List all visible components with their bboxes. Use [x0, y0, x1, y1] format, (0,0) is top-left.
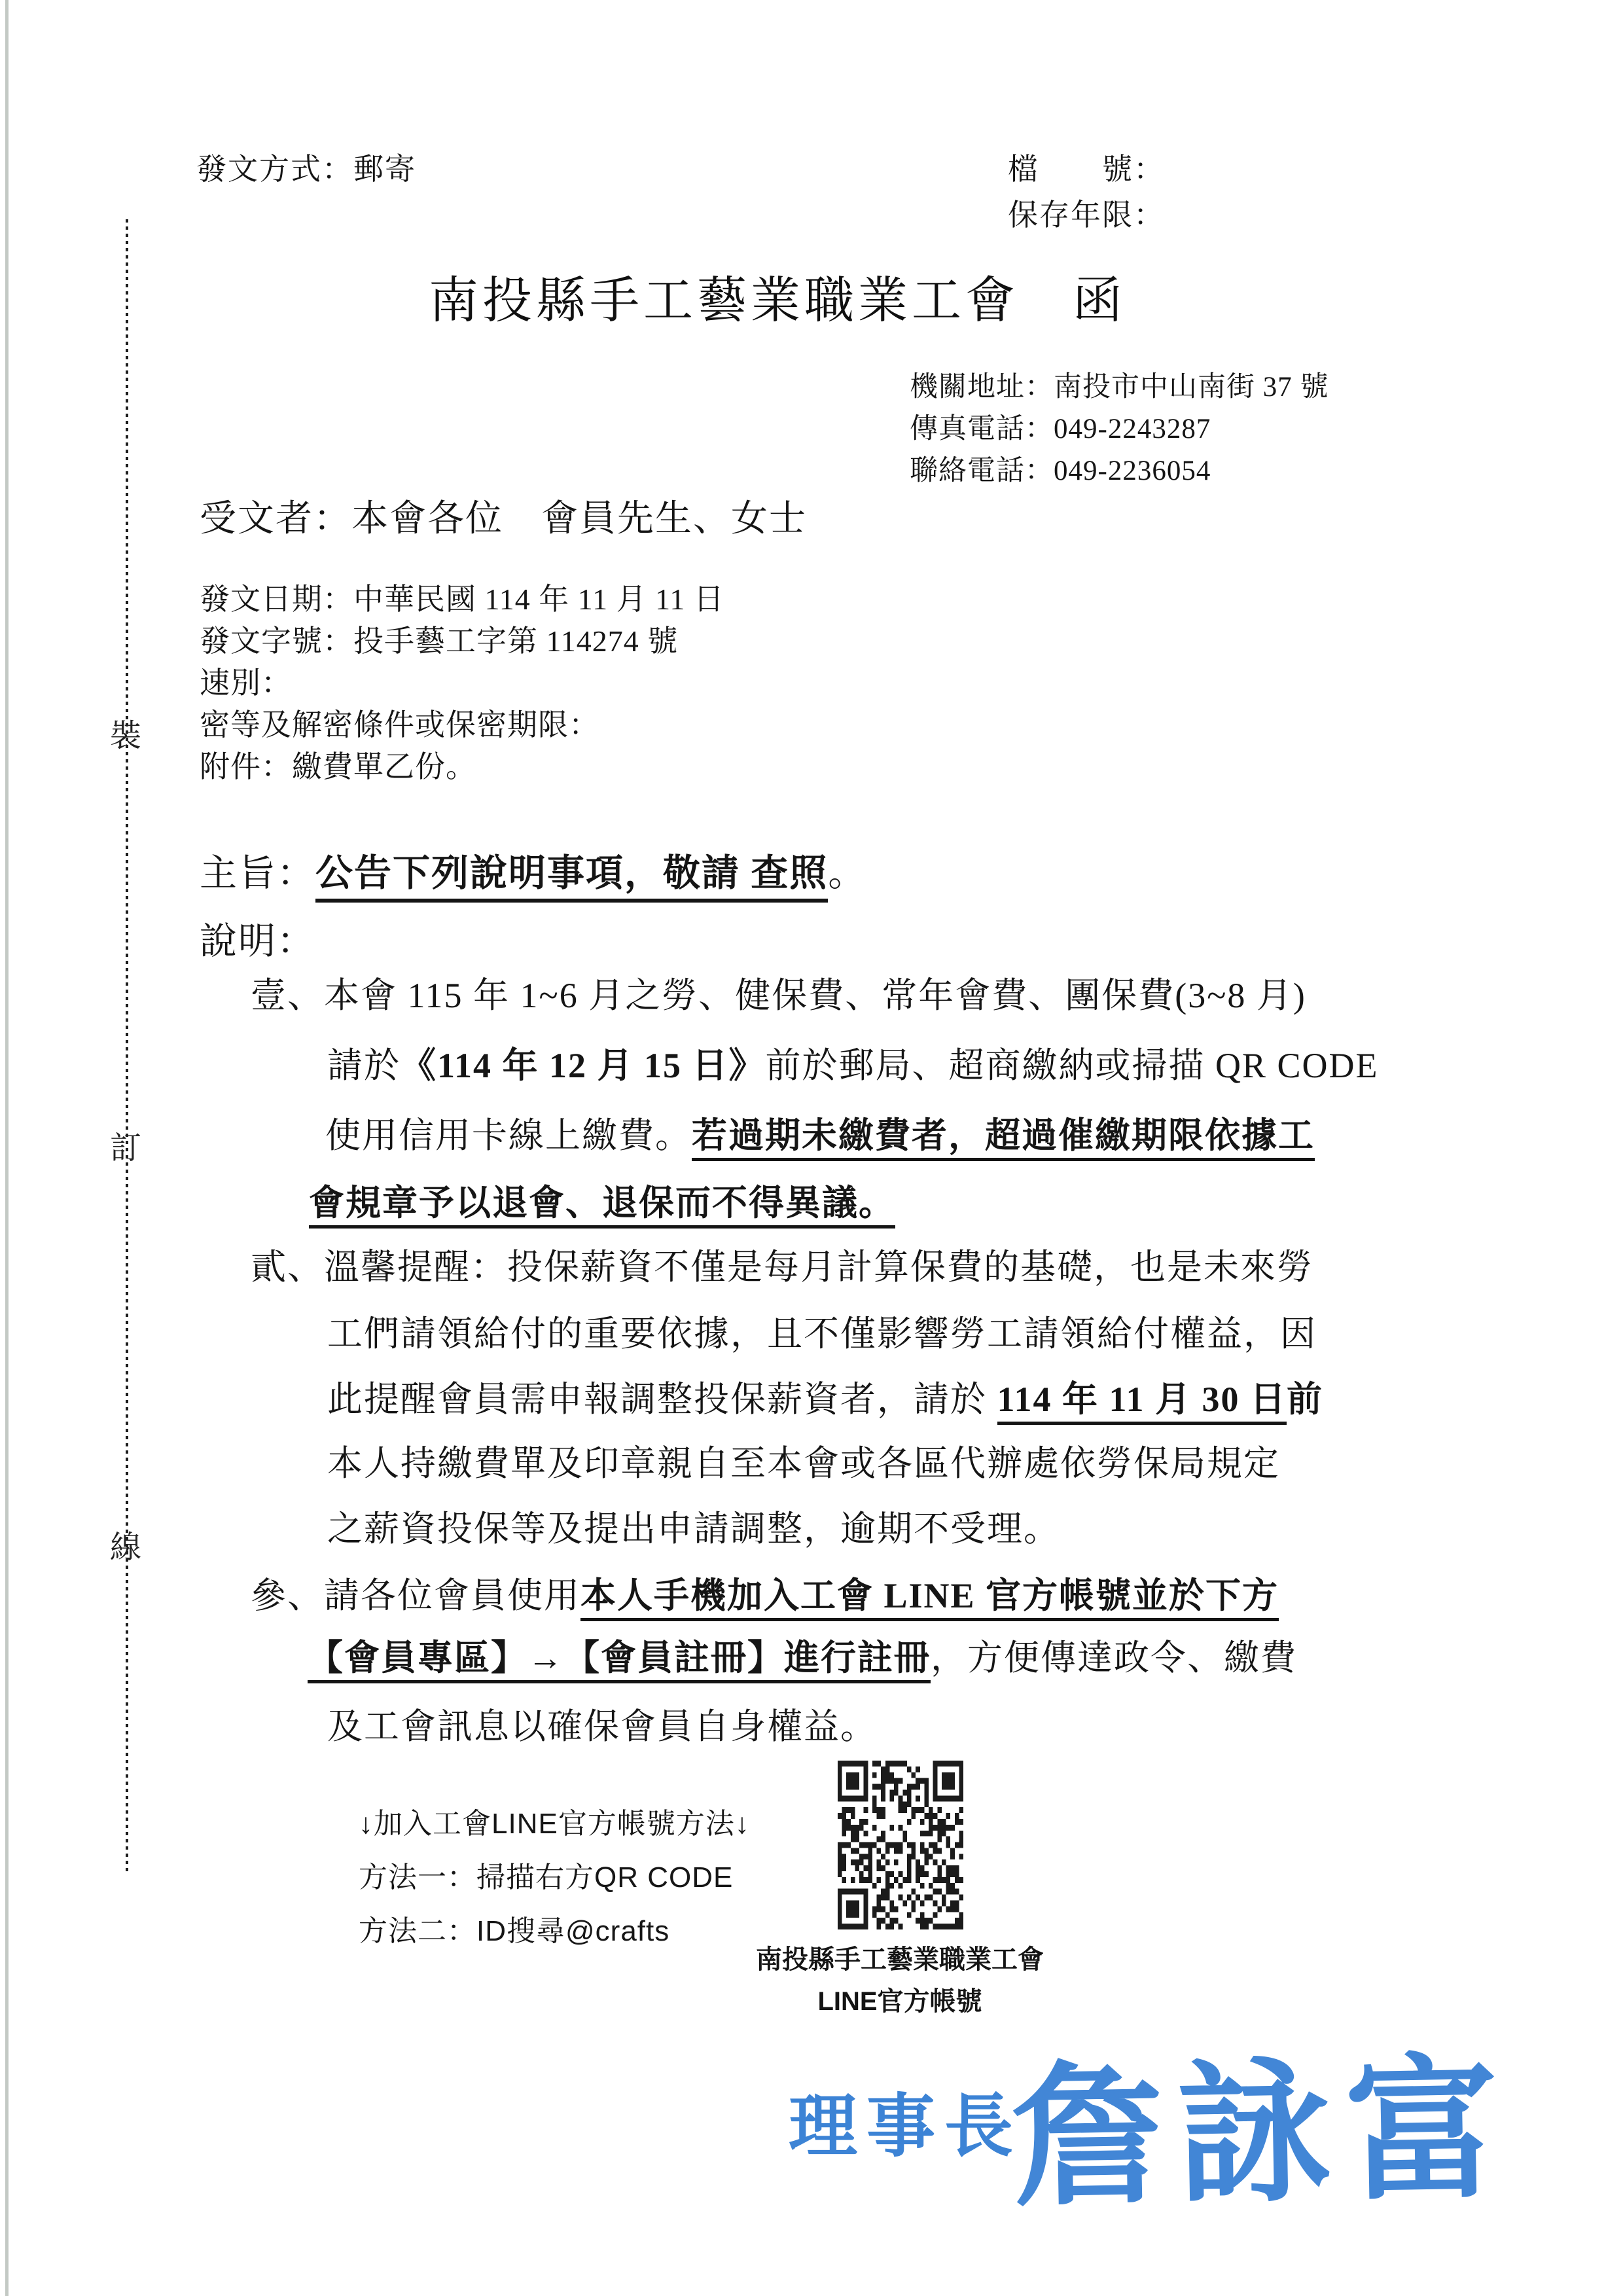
issue-date: 發文日期：中華民國 114 年 11 月 11 日 — [200, 579, 724, 620]
line-join-instruction: 本人手機加入工會 LINE 官方帳號並於下方 — [580, 1576, 1279, 1621]
body-line-2: 請於《114 年 12 月 15 日》前於郵局、超商繳納或掃描 QR CODE — [327, 1037, 1379, 1088]
body-line-3: 使用信用卡線上繳費。若過期未繳費者，超過催繳期限依據工 — [325, 1107, 1315, 1158]
item-label-1: 壹、 — [251, 976, 324, 1015]
subject-label: 主旨： — [200, 853, 315, 894]
scanned-letter-page: 裝 訂 線 發文方式：郵寄 檔 號： 保存年限： 南投縣手工藝業職業工會 函 機… — [0, 0, 1623, 2296]
recipient-line: 受文者：本會各位 會員先生、女士 — [200, 490, 807, 542]
body-text: 前 — [1287, 1380, 1323, 1419]
qr-code — [838, 1761, 963, 1929]
adjustment-deadline-date: 114 年 11 月 30 日 — [997, 1380, 1287, 1425]
body-text: 使用信用卡線上繳費。 — [325, 1116, 692, 1155]
body-text: 此提醒會員需申報調整投保薪資者，請於 — [327, 1380, 997, 1419]
body-text: 之薪資投保等及提出申請調整，逾期不受理。 — [327, 1509, 1060, 1549]
chairman-name-stamp: 詹詠富 — [1009, 2006, 1514, 2235]
body-line-12: 及工會訊息以確保會員自身權益。 — [327, 1698, 877, 1749]
body-text: 工們請領給付的重要依據，且不僅影響勞工請領給付權益，因 — [327, 1314, 1317, 1354]
body-text: 溫馨提醒：投保薪資不僅是每月計算保費的基礎，也是未來勞 — [324, 1247, 1313, 1287]
secrecy-label: 密等及解密條件或保密期限： — [200, 704, 724, 746]
subject-line: 主旨：公告下列說明事項，敬請 查照。 — [200, 843, 866, 897]
chairman-title-stamp: 理事長 — [789, 2072, 1022, 2170]
document-meta-block: 發文日期：中華民國 114 年 11 月 11 日 發文字號：投手藝工字第 11… — [200, 579, 724, 788]
document-title: 南投縣手工藝業職業工會 函 — [429, 260, 1126, 332]
retention-label: 保存年限： — [1008, 191, 1165, 234]
body-text: 前於郵局、超商繳納或掃描 QR CODE — [766, 1046, 1379, 1085]
agency-address: 機關地址：南投市中山南街 37 號 — [910, 367, 1329, 408]
line-join-method-2: 方法二：ID搜尋@crafts — [359, 1907, 669, 1949]
body-line-10: 參、請各位會員使用本人手機加入工會 LINE 官方帳號並於下方 — [251, 1568, 1279, 1618]
body-line-9: 之薪資投保等及提出申請調整，逾期不受理。 — [327, 1501, 1060, 1551]
item-label-3: 參、 — [251, 1576, 324, 1615]
body-line-4: 會規章予以退會、退保而不得異議。 — [309, 1175, 895, 1225]
binding-mark-zhuang: 裝 — [110, 710, 141, 755]
agency-phone: 聯絡電話：049-2236054 — [910, 450, 1329, 492]
body-text: 本會 115 年 1~6 月之勞、健保費、常年會費、團保費(3~8 月) — [324, 976, 1306, 1015]
overdue-warning-text: 會規章予以退會、退保而不得異議。 — [309, 1183, 895, 1229]
body-text: 本人持繳費單及印章親自至本會或各區代辦處依勞保局規定 — [327, 1444, 1280, 1483]
speed-label: 速別： — [200, 662, 724, 704]
binding-mark-ding: 訂 — [110, 1122, 141, 1168]
explanation-label: 說明： — [200, 911, 315, 965]
scan-edge-artifact — [5, 0, 9, 2296]
overdue-warning-text: 若過期未繳費者，超過催繳期限依據工 — [692, 1116, 1315, 1161]
file-number-label: 檔 號： — [1008, 145, 1165, 188]
subject-period: 。 — [828, 853, 866, 894]
body-text: 請於 — [327, 1046, 401, 1085]
body-text: 請各位會員使用 — [324, 1576, 580, 1615]
dispatch-method: 發文方式：郵寄 — [196, 145, 416, 188]
body-text: 及工會訊息以確保會員自身權益。 — [327, 1707, 877, 1746]
qr-caption-line2: LINE官方帳號 — [746, 1981, 1054, 2018]
member-register-path: 【會員專區】→【會員註冊】進行註冊 — [308, 1638, 931, 1683]
item-label-2: 貳、 — [251, 1247, 324, 1287]
body-text: ，方便傳達政令、繳費 — [931, 1638, 1297, 1677]
line-join-method-1: 方法一：掃描右方QR CODE — [359, 1854, 733, 1895]
body-line-7: 此提醒會員需申報調整投保薪資者，請於 114 年 11 月 30 日前 — [327, 1371, 1323, 1422]
body-line-5: 貳、溫馨提醒：投保薪資不僅是每月計算保費的基礎，也是未來勞 — [251, 1239, 1313, 1289]
body-line-8: 本人持繳費單及印章親自至本會或各區代辦處依勞保局規定 — [327, 1435, 1280, 1486]
body-line-6: 工們請領給付的重要依據，且不僅影響勞工請領給付權益，因 — [327, 1306, 1317, 1356]
line-join-guide-heading: ↓加入工會LINE官方帳號方法↓ — [359, 1800, 750, 1842]
qr-caption-line1: 南投縣手工藝業職業工會 — [746, 1939, 1054, 1976]
body-line-1: 壹、本會 115 年 1~6 月之勞、健保費、常年會費、團保費(3~8 月) — [251, 967, 1306, 1018]
issue-number: 發文字號：投手藝工字第 114274 號 — [200, 620, 724, 662]
body-line-11: 【會員專區】→【會員註冊】進行註冊，方便傳達政令、繳費 — [308, 1630, 1297, 1680]
attachment-line: 附件：繳費單乙份。 — [200, 746, 724, 788]
bold-deadline-date: 《114 年 12 月 15 日》 — [401, 1046, 766, 1085]
agency-fax: 傳真電話：049-2243287 — [910, 408, 1329, 450]
binding-dotted-line — [126, 219, 128, 1875]
binding-mark-xian: 線 — [110, 1522, 141, 1567]
agency-contact-block: 機關地址：南投市中山南街 37 號 傳真電話：049-2243287 聯絡電話：… — [910, 367, 1329, 492]
subject-content: 公告下列說明事項，敬請 查照 — [315, 853, 828, 903]
